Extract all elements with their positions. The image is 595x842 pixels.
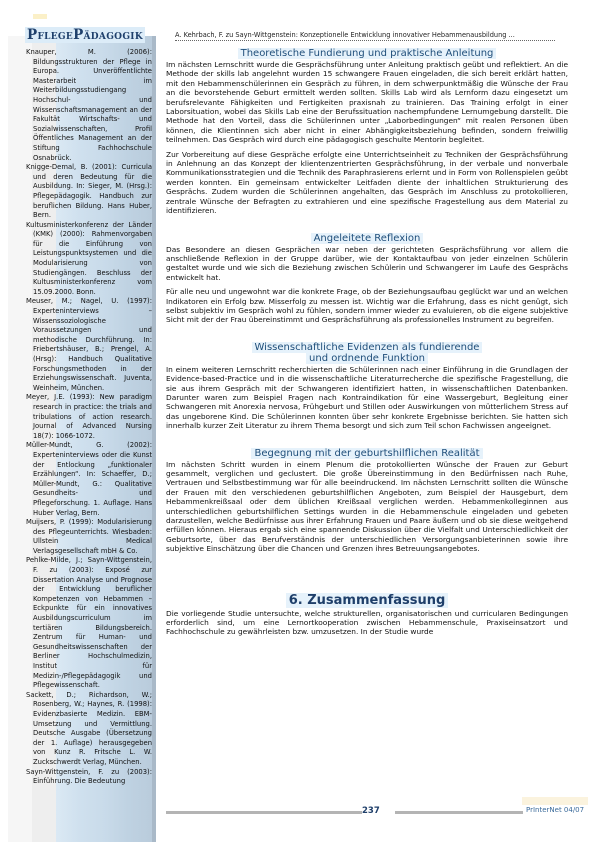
reference-item: Pehlke-Milde, J.; Sayn-Wittgenstein, F. … xyxy=(26,556,152,690)
reference-item: Meuser, M.; Nagel, U. (1997): Expertenin… xyxy=(26,297,152,393)
paragraph: Im nächsten Lernschritt wurde die Gesprä… xyxy=(166,60,568,145)
reference-item: Sackett, D.; Richardson, W.; Rosenberg, … xyxy=(26,691,152,768)
paragraph: Für alle neu und ungewohnt war die konkr… xyxy=(166,287,568,325)
reference-item: Müller-Mundt, G. (2002): Expertenintervi… xyxy=(26,441,152,518)
section-heading: Begegnung mit der geburtshilflichen Real… xyxy=(166,448,568,459)
paragraph: Das Besondere an diesen Gesprächen war n… xyxy=(166,245,568,283)
reference-item: Knigge-Demal, B. (2001): Curricula und d… xyxy=(26,163,152,221)
main-column: Theoretische Fundierung und praktische A… xyxy=(166,48,568,642)
reference-item: Muijsers, P. (1999): Modularisierung des… xyxy=(26,518,152,556)
footer-rule xyxy=(395,811,523,814)
paragraph: Zur Vorbereitung auf diese Gespräche erf… xyxy=(166,150,568,216)
journal-accent xyxy=(522,797,588,805)
section-heading: Theoretische Fundierung und praktische A… xyxy=(166,48,568,59)
section-heading: Angeleitete Reflexion xyxy=(166,233,568,244)
journal-issue: PrInterNet 04/07 xyxy=(526,806,584,814)
footer-rule xyxy=(166,811,362,814)
section-heading: Wissenschaftliche Evidenzen als fundiere… xyxy=(166,342,568,364)
journal-logo: PflegePädagogik xyxy=(25,27,145,43)
paragraph: Im nächsten Schritt wurden in einem Plen… xyxy=(166,460,568,554)
chapter-heading: 6. Zusammenfassung xyxy=(166,593,568,608)
page-number: 237 xyxy=(362,806,380,816)
reference-item: Kultusministerkonferenz der Länder (KMK)… xyxy=(26,221,152,298)
sidebar-edge xyxy=(152,36,156,842)
reference-item: Knauper, M. (2006): Bildungsstrukturen d… xyxy=(26,48,152,163)
paragraph: In einem weiteren Lernschritt recherchie… xyxy=(166,365,568,431)
reference-item: Meyer, J.E. (1993): New paradigm researc… xyxy=(26,393,152,441)
running-head: A. Kehrbach, F. zu Sayn-Wittgenstein: Ko… xyxy=(175,31,555,41)
reference-item: Sayn-Wittgenstein, F. zu (2003): Einführ… xyxy=(26,768,152,787)
paragraph: Die vorliegende Studie untersuchte, welc… xyxy=(166,609,568,637)
references-column: Knauper, M. (2006): Bildungsstrukturen d… xyxy=(26,48,152,787)
logo-accent xyxy=(33,14,47,19)
